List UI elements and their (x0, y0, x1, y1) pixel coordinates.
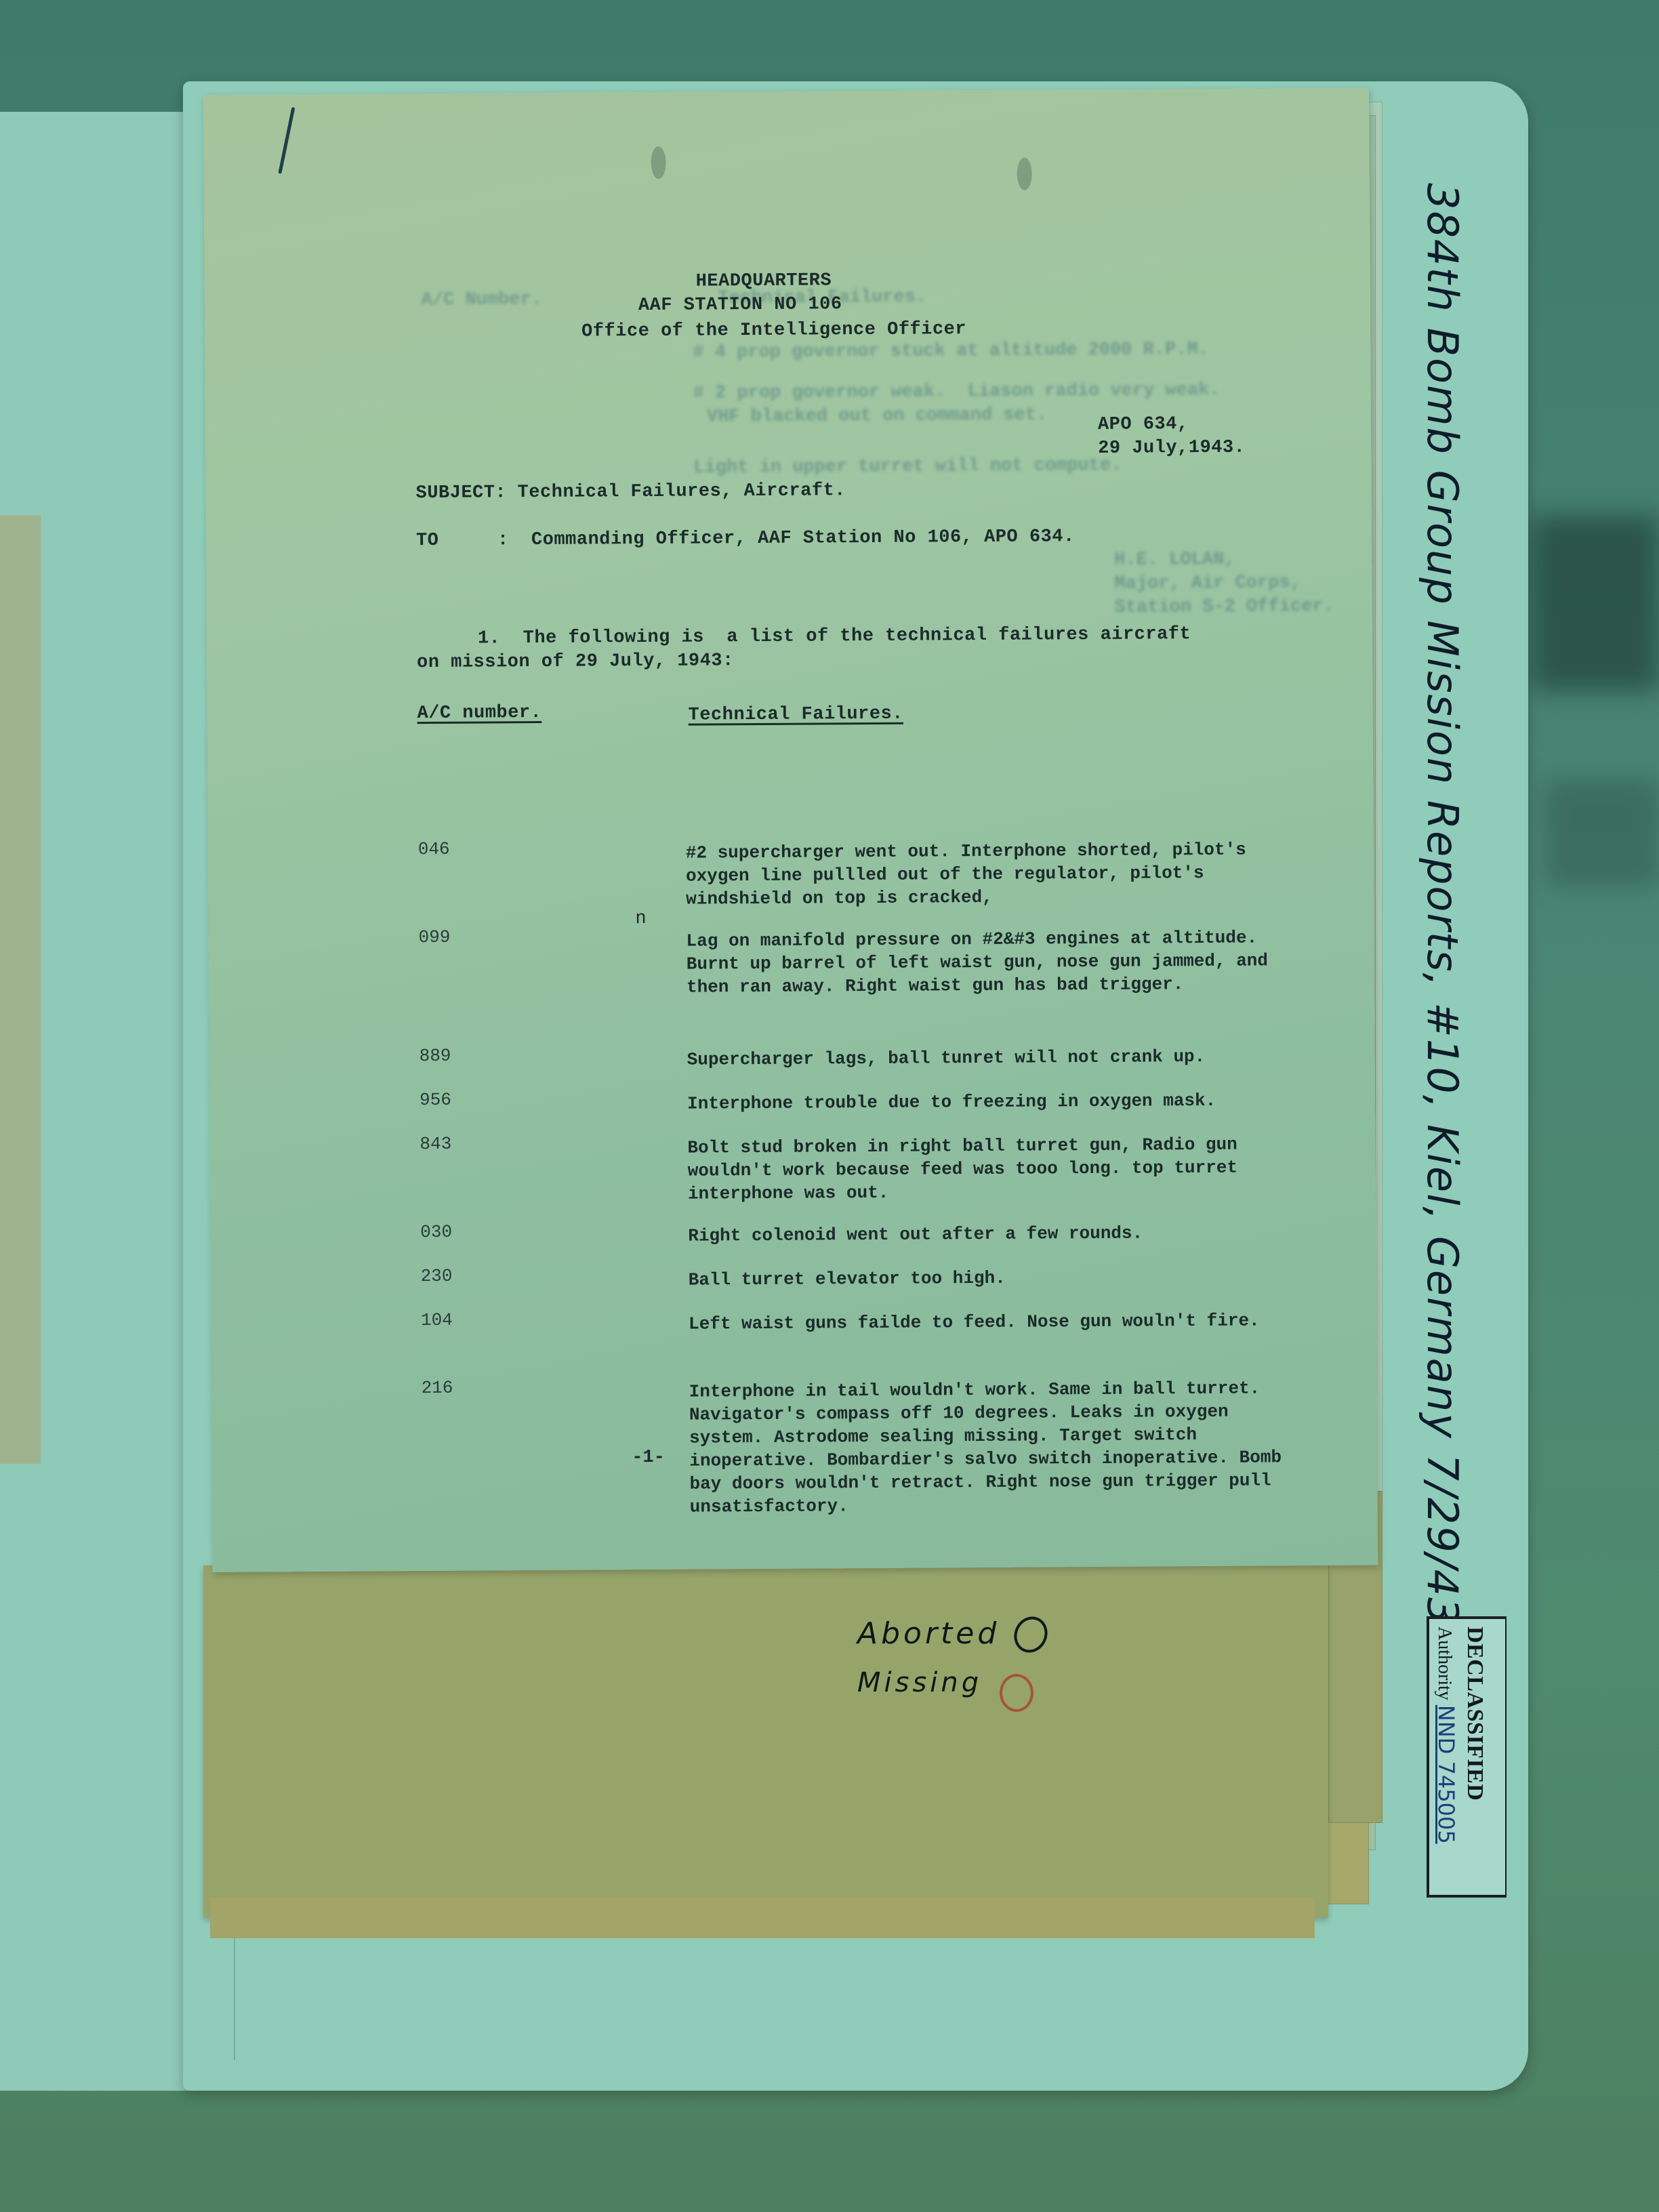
technical-failure-description: Right colenoid went out after a few roun… (688, 1221, 1298, 1247)
underlying-page-edge (210, 1898, 1315, 1938)
folder-handwritten-label: 384th Bomb Group Mission Reports, #10, K… (1418, 183, 1467, 1626)
technical-failure-description: Ball turret elevator too high. (689, 1265, 1298, 1291)
aircraft-number: 889 (419, 1046, 451, 1066)
aircraft-number: 104 (421, 1310, 453, 1330)
pencil-mark (278, 107, 295, 174)
subject-label: SUBJECT: (416, 483, 507, 504)
mission-summary-sheet (203, 1565, 1328, 1918)
aircraft-number: 956 (419, 1090, 451, 1110)
intro-paragraph-line2: on mission of 29 July, 1943: (417, 651, 734, 673)
header-office: Office of the Intelligence Officer (581, 319, 966, 342)
bleed-through-text: Light in upper turret will not compute. (693, 455, 1122, 478)
stamp-authority-number: NND 745005 (1433, 1705, 1459, 1844)
background-shadow (1545, 779, 1659, 888)
bleed-through-text: # 2 prop governor weak. Liason radio ver… (693, 380, 1221, 404)
aircraft-number: 216 (422, 1378, 453, 1398)
aircraft-number: 046 (418, 839, 450, 859)
technical-failure-description: Interphone trouble due to freezing in ox… (687, 1088, 1297, 1115)
stamp-title: DECLASSIFIED (1462, 1626, 1488, 1844)
bleed-through-text: # 4 prop governor stuck at altitude 2000… (693, 340, 1209, 363)
aircraft-number: 843 (419, 1134, 451, 1154)
technical-failures-report: A/C Number. Technical Failures. # 4 prop… (203, 87, 1378, 1572)
bleed-through-text: VHF blacked out on command set. (707, 405, 1047, 427)
missing-count-zero (1000, 1674, 1033, 1712)
bleed-through-text: Major, Air Corps, (1114, 573, 1301, 594)
adjacent-document-edge (0, 515, 41, 1464)
bleed-through-text: H.E. LOLAN, (1114, 550, 1235, 571)
technical-failure-description: Bolt stud broken in right ball turret gu… (687, 1132, 1298, 1205)
technical-failure-description: Interphone in tail wouldn't work. Same i… (689, 1376, 1300, 1518)
punch-hole (651, 146, 665, 179)
page-number: -1- (632, 1448, 665, 1468)
aircraft-number: 099 (419, 927, 451, 947)
header-station: AAF STATION NO 106 (638, 294, 842, 316)
to-label: TO (416, 531, 439, 551)
column-header-technical-failures: Technical Failures. (689, 704, 904, 726)
to-recipient: Commanding Officer, AAF Station No 106, … (531, 527, 1075, 550)
punch-hole (1017, 158, 1032, 190)
background-shadow (1532, 515, 1659, 691)
technical-failure-description: Supercharger lags, ball tunret will not … (687, 1044, 1297, 1071)
bleed-through-text: Station S-2 Officer. (1115, 596, 1334, 618)
aborted-label: Aborted (857, 1616, 1000, 1651)
stamp-authority: Authority NND 745005 (1433, 1626, 1459, 1844)
document-date: 29 July,1943. (1098, 438, 1245, 459)
missing-label: Missing (857, 1667, 982, 1698)
header-headquarters: HEADQUARTERS (696, 270, 832, 291)
apo-number: APO 634, (1098, 414, 1189, 435)
aircraft-number: 230 (421, 1266, 453, 1286)
stamp-authority-label: Authority (1434, 1626, 1455, 1700)
to-colon: : (497, 530, 509, 550)
technical-failure-description: #2 supercharger went out. Interphone sho… (686, 838, 1296, 910)
subject-text: Technical Failures, Aircraft. (518, 480, 846, 503)
intro-paragraph-line1: 1. The following is a list of the techni… (478, 624, 1191, 649)
declassified-stamp-text: DECLASSIFIED Authority NND 745005 (1433, 1626, 1488, 1844)
column-header-ac-number: A/C number. (417, 703, 541, 724)
technical-failure-description: Left waist guns failde to feed. Nose gun… (689, 1309, 1298, 1335)
aircraft-number: 030 (420, 1222, 452, 1242)
stray-typed-mark: n (635, 909, 647, 929)
technical-failure-description: Lag on manifold pressure on #2&#3 engine… (687, 926, 1297, 998)
